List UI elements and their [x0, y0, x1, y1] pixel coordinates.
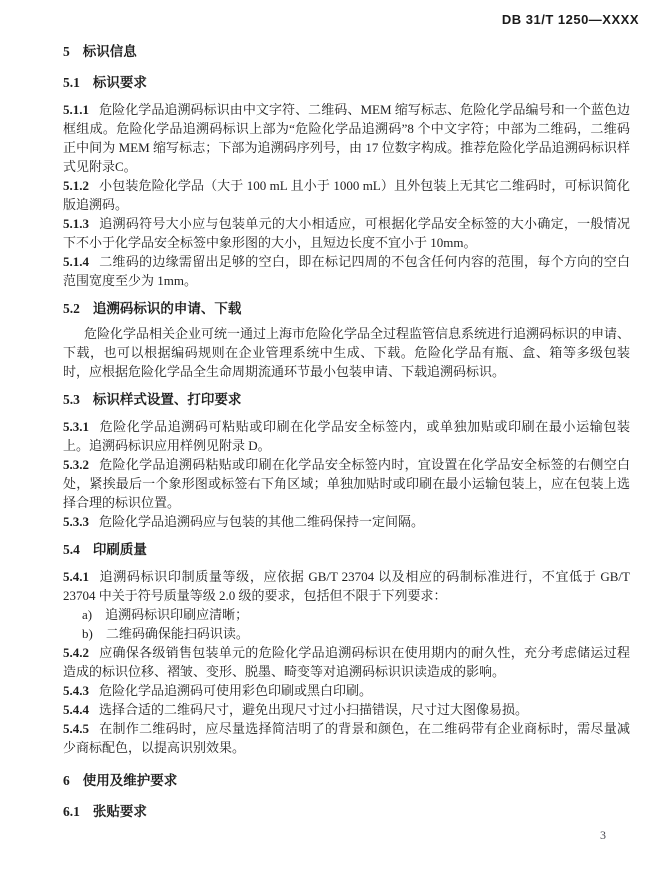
- clause-number: 5.3.3: [63, 514, 89, 529]
- page-number: 3: [600, 826, 606, 845]
- section-number: 5.3: [63, 392, 80, 407]
- section-heading: 6使用及维护要求: [63, 771, 630, 790]
- section-heading: 5.4印刷质量: [63, 540, 630, 559]
- section-heading: 6.1张贴要求: [63, 802, 630, 821]
- section-title: 印刷质量: [93, 542, 147, 557]
- section-title: 标识信息: [83, 44, 137, 59]
- clause-paragraph: 5.4.4选择合适的二维码尺寸，避免出现尺寸过小扫描错误，尺寸过大图像易损。: [63, 700, 630, 719]
- document-number-header: DB 31/T 1250—XXXX: [63, 12, 639, 28]
- clause-paragraph: 5.1.3追溯码符号大小应与包装单元的大小相适应，可根据化学品安全标签的大小确定…: [63, 214, 630, 252]
- clause-paragraph: 5.3.3危险化学品追溯码应与包装的其他二维码保持一定间隔。: [63, 512, 630, 531]
- section-number: 5: [63, 44, 70, 59]
- clause-text: 危险化学品追溯码粘贴或印刷在化学品安全标签内时，宜设置在化学品安全标签的右侧空白…: [63, 457, 630, 510]
- list-item: b)二维码确保能扫码识读。: [63, 624, 630, 643]
- section-number: 5.2: [63, 301, 80, 316]
- clause-number: 5.1.2: [63, 178, 89, 193]
- section-title: 标识样式设置、打印要求: [93, 392, 242, 407]
- clause-paragraph: 5.4.5在制作二维码时，应尽量选择简洁明了的背景和颜色，在二维码带有企业商标时…: [63, 719, 630, 757]
- clause-paragraph: 5.3.1危险化学品追溯码可粘贴或印刷在化学品安全标签内，或单独加贴或印刷在最小…: [63, 417, 630, 455]
- section-heading: 5标识信息: [63, 42, 630, 61]
- document-page: DB 31/T 1250—XXXX 5标识信息5.1标识要求5.1.1危险化学品…: [0, 0, 670, 870]
- clause-number: 5.4.3: [63, 683, 89, 698]
- document-body: 5标识信息5.1标识要求5.1.1危险化学品追溯码标识由中文字符、二维码、MEM…: [63, 42, 630, 821]
- section-number: 6.1: [63, 804, 80, 819]
- section-title: 使用及维护要求: [83, 773, 178, 788]
- list-item-label: b): [82, 626, 93, 641]
- clause-text: 小包装危险化学品（大于 100 mL 且小于 1000 mL）且外包装上无其它二…: [63, 178, 630, 212]
- section-number: 5.1: [63, 75, 80, 90]
- section-number: 5.4: [63, 542, 80, 557]
- clause-number: 5.3.2: [63, 457, 89, 472]
- section-heading: 5.1标识要求: [63, 73, 630, 92]
- clause-text: 危险化学品追溯码标识由中文字符、二维码、MEM 缩写标志、危险化学品编号和一个蓝…: [63, 102, 630, 174]
- clause-number: 5.3.1: [63, 419, 89, 434]
- section-number: 6: [63, 773, 70, 788]
- clause-text: 危险化学品追溯码可使用彩色印刷或黑白印刷。: [99, 683, 372, 698]
- clause-number: 5.1.3: [63, 216, 89, 231]
- clause-paragraph: 5.4.3危险化学品追溯码可使用彩色印刷或黑白印刷。: [63, 681, 630, 700]
- clause-text: 危险化学品追溯码应与包装的其他二维码保持一定间隔。: [99, 514, 424, 529]
- clause-text: 追溯码符号大小应与包装单元的大小相适应，可根据化学品安全标签的大小确定，一般情况…: [63, 216, 630, 250]
- clause-text: 在制作二维码时，应尽量选择简洁明了的背景和颜色，在二维码带有企业商标时，需尽量减…: [63, 721, 630, 755]
- clause-paragraph: 5.1.1危险化学品追溯码标识由中文字符、二维码、MEM 缩写标志、危险化学品编…: [63, 100, 630, 176]
- clause-number: 5.4.1: [63, 569, 89, 584]
- clause-text: 应确保各级销售包装单元的危险化学品追溯码标识在使用期内的耐久性，充分考虑储运过程…: [63, 645, 630, 679]
- section-title: 追溯码标识的申请、下载: [93, 301, 242, 316]
- clause-paragraph: 5.1.2小包装危险化学品（大于 100 mL 且小于 1000 mL）且外包装…: [63, 176, 630, 214]
- paragraph-text: 危险化学品相关企业可统一通过上海市危险化学品全过程监管信息系统进行追溯码标识的申…: [63, 326, 630, 379]
- clause-number: 5.1.1: [63, 102, 89, 117]
- clause-number: 5.4.2: [63, 645, 89, 660]
- list-item-label: a): [82, 607, 92, 622]
- clause-text: 追溯码标识印制质量等级，应依据 GB/T 23704 以及相应的码制标准进行，不…: [63, 569, 630, 603]
- clause-paragraph: 5.3.2危险化学品追溯码粘贴或印刷在化学品安全标签内时，宜设置在化学品安全标签…: [63, 455, 630, 512]
- clause-text: 二维码的边缘需留出足够的空白，即在标记四周的不包含任何内容的范围，每个方向的空白…: [63, 254, 630, 288]
- section-heading: 5.2追溯码标识的申请、下载: [63, 299, 630, 318]
- clause-text: 选择合适的二维码尺寸，避免出现尺寸过小扫描错误，尺寸过大图像易损。: [99, 702, 528, 717]
- list-item: a)追溯码标识印刷应清晰；: [63, 605, 630, 624]
- list-item-text: 二维码确保能扫码识读。: [106, 626, 249, 641]
- clause-number: 5.1.4: [63, 254, 89, 269]
- clause-number: 5.4.4: [63, 702, 89, 717]
- list-item-text: 追溯码标识印刷应清晰；: [105, 607, 248, 622]
- clause-text: 危险化学品追溯码可粘贴或印刷在化学品安全标签内，或单独加贴或印刷在最小运输包装上…: [63, 419, 630, 453]
- section-title: 标识要求: [93, 75, 147, 90]
- section-heading: 5.3标识样式设置、打印要求: [63, 390, 630, 409]
- clause-paragraph: 5.4.2应确保各级销售包装单元的危险化学品追溯码标识在使用期内的耐久性，充分考…: [63, 643, 630, 681]
- section-title: 张贴要求: [93, 804, 147, 819]
- body-paragraph: 危险化学品相关企业可统一通过上海市危险化学品全过程监管信息系统进行追溯码标识的申…: [63, 324, 630, 381]
- clause-paragraph: 5.1.4二维码的边缘需留出足够的空白，即在标记四周的不包含任何内容的范围，每个…: [63, 252, 630, 290]
- clause-number: 5.4.5: [63, 721, 89, 736]
- clause-paragraph: 5.4.1追溯码标识印制质量等级，应依据 GB/T 23704 以及相应的码制标…: [63, 567, 630, 605]
